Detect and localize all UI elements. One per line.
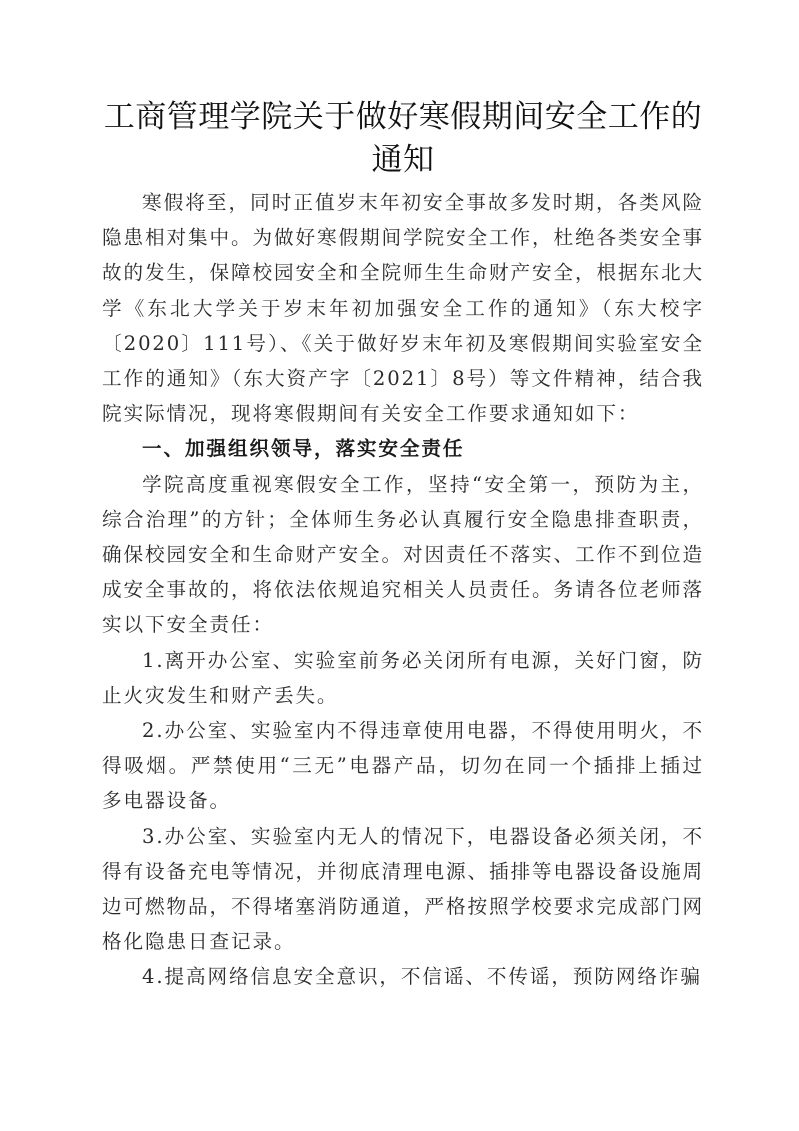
document-title: 工商管理学院关于做好寒假期间安全工作的通知 [90,96,716,182]
list-item-2: 2.办公室、实验室内不得违章使用电器，不得使用明火，不得吸烟。严禁使用“三无”电… [102,713,704,819]
intro-paragraph: 寒假将至，同时正值岁末年初安全事故多发时期，各类风险隐患相对集中。为做好寒假期间… [102,185,704,431]
section-heading-1: 一、加强组织领导，落实安全责任 [102,431,704,466]
list-item-1: 1.离开办公室、实验室前务必关闭所有电源，关好门窗，防止火灾发生和财产丢失。 [102,643,704,713]
list-item-4: 4.提高网络信息安全意识，不信谣、不传谣，预防网络诈骗 [102,959,704,994]
section-1-paragraph: 学院高度重视寒假安全工作，坚持“安全第一，预防为主，综合治理”的方针；全体师生务… [102,467,704,643]
list-item-3: 3.办公室、实验室内无人的情况下，电器设备必须关闭，不得有设备充电等情况，并彻底… [102,819,704,960]
document-page: 工商管理学院关于做好寒假期间安全工作的通知 寒假将至，同时正值岁末年初安全事故多… [102,96,704,995]
